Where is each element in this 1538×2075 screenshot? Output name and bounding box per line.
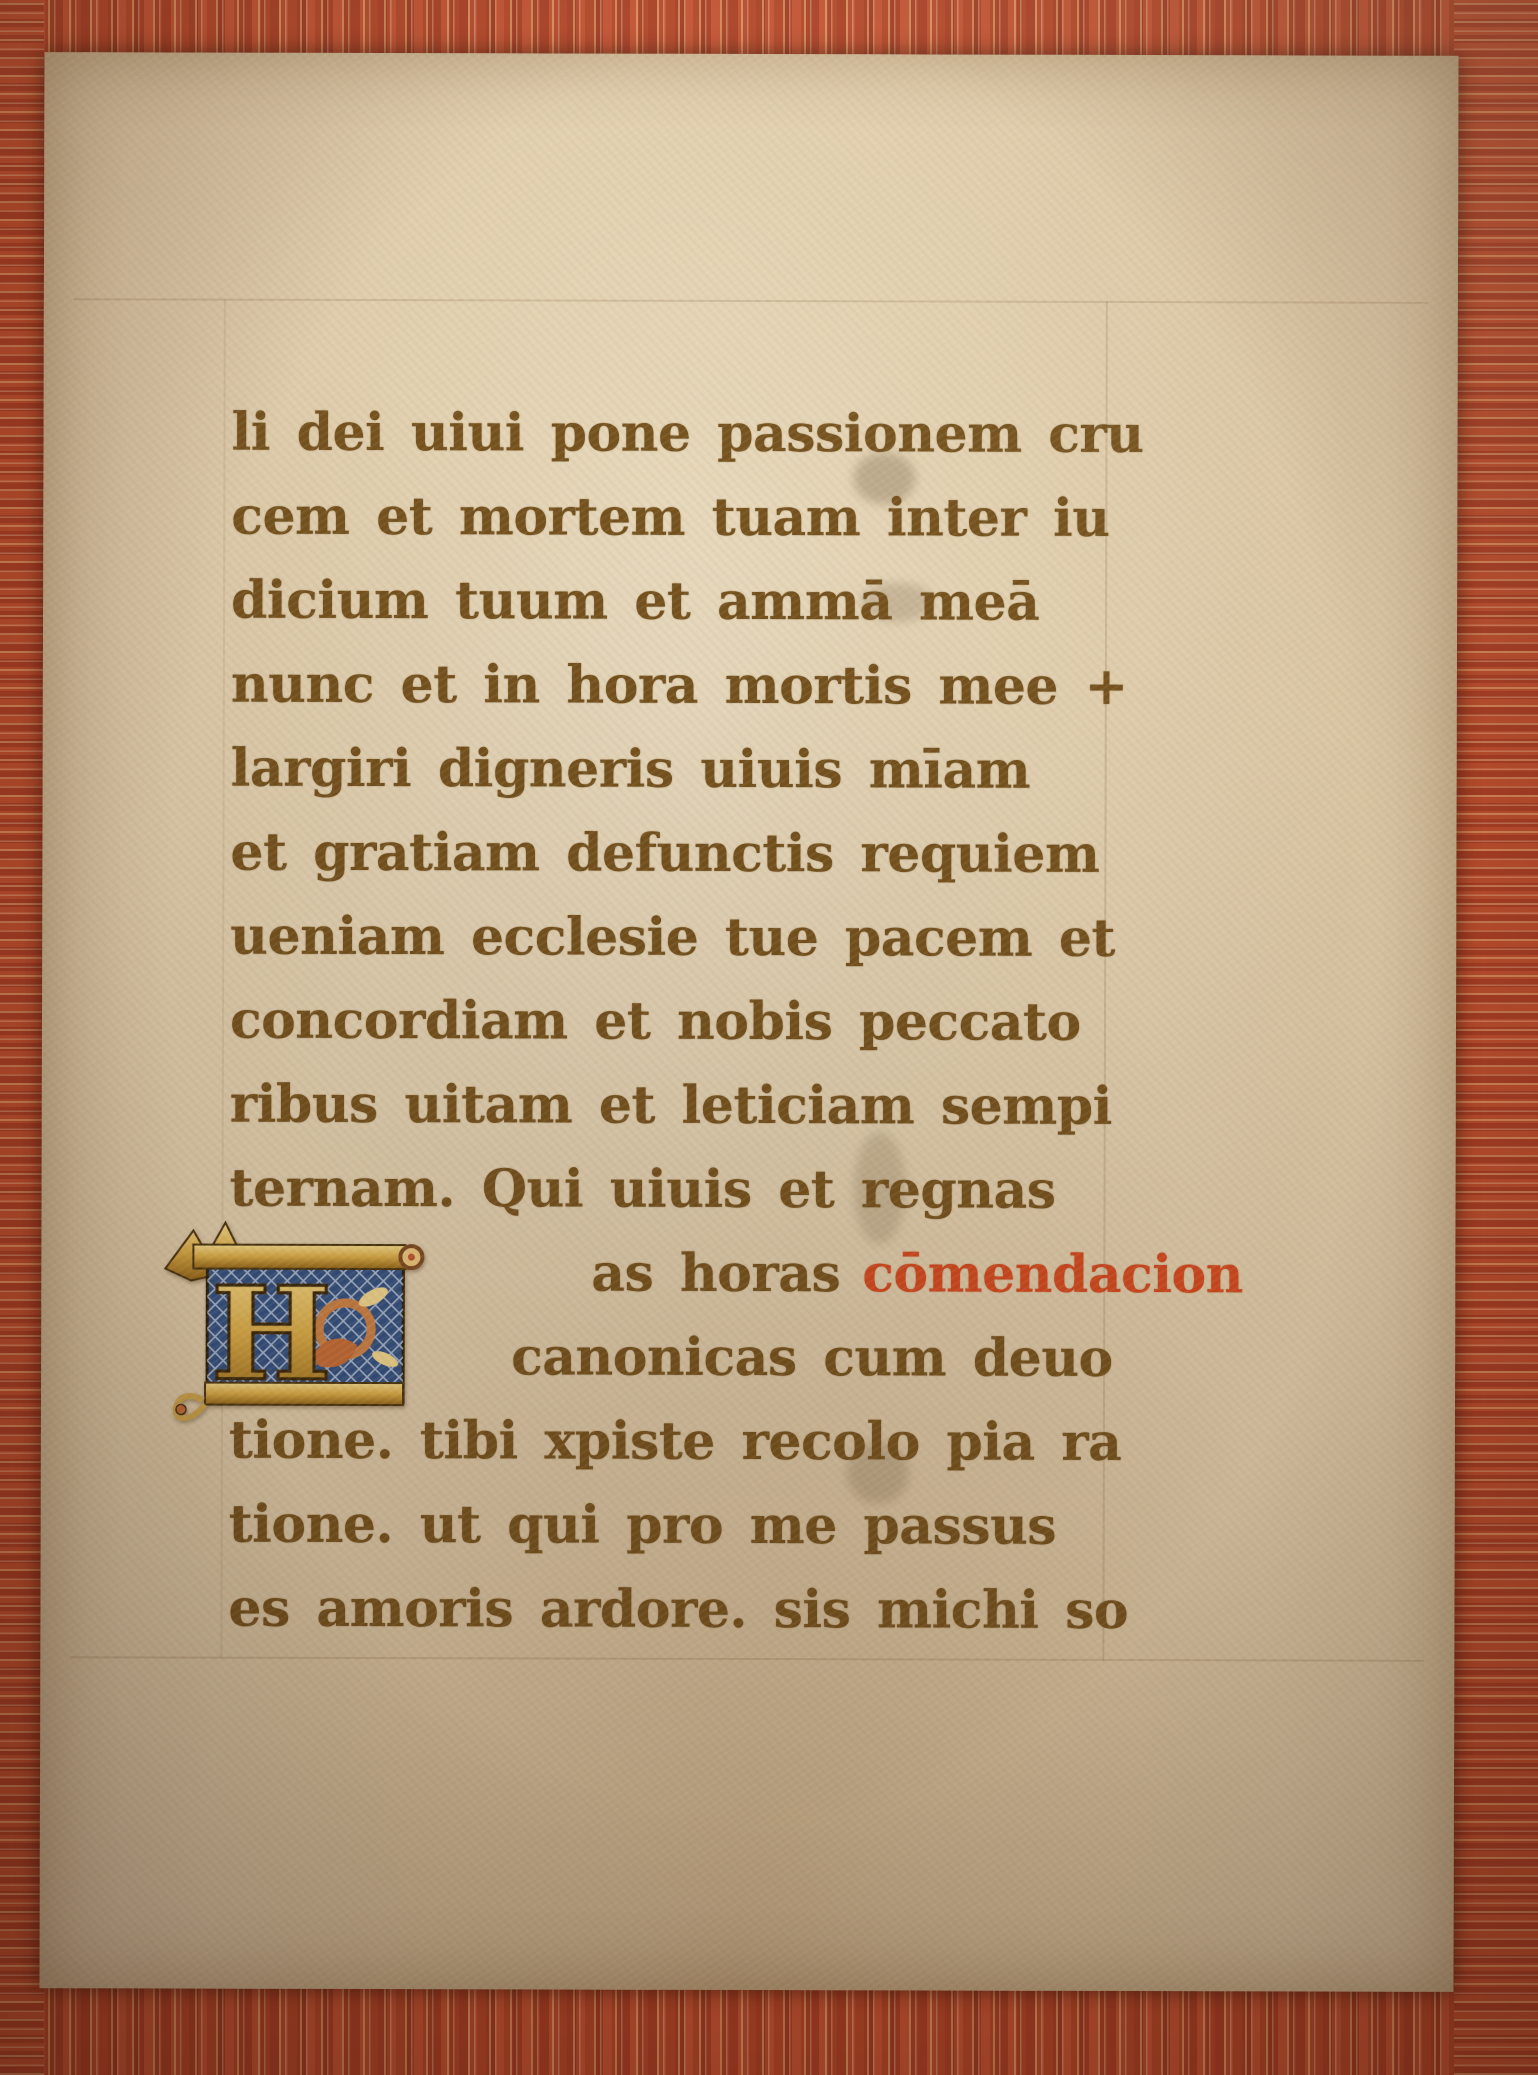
parchment-leaf: li dei uiui pone passionem cru cem et mo…: [39, 52, 1458, 1992]
text-line: li dei uiui pone passionem cru: [231, 391, 1151, 477]
tail-dot: [176, 1405, 186, 1415]
frame-left-edge: [0, 0, 44, 2075]
frame-right-edge: [1454, 0, 1538, 2075]
text-line: concordiam et nobis peccato: [230, 979, 1150, 1065]
curl-dot: [408, 1254, 415, 1261]
text-line: ribus uitam et leticiam sempi: [230, 1063, 1150, 1149]
text-line: dicium tuum et ammā meā: [231, 559, 1151, 645]
text-line: ueniam ecclesie tue pacem et: [230, 895, 1150, 981]
illuminated-initial: H: [159, 1216, 452, 1435]
framed-manuscript-photo: li dei uiui pone passionem cru cem et mo…: [0, 0, 1538, 2075]
ruling-line-bottom: [70, 1656, 1424, 1662]
rubric-text: cōmendacion: [862, 1243, 1243, 1305]
ruling-line-top: [74, 298, 1428, 304]
initial-letter-H: H: [211, 1260, 332, 1410]
text-line: nunc et in hora mortis mee +: [231, 643, 1151, 729]
text-line: et gratiam defunctis requiem: [230, 811, 1150, 897]
text-line: es amoris ardore. sis michi so: [228, 1567, 1148, 1653]
text-line: largiri digneris uiuis mīam: [231, 727, 1151, 813]
gothic-text-block: li dei uiui pone passionem cru cem et mo…: [228, 391, 1151, 1653]
text-line: cem et mortem tuam inter iu: [231, 475, 1151, 561]
text-span: as horas: [591, 1243, 840, 1305]
text-line: tione. ut qui pro me passus: [229, 1483, 1149, 1569]
ruling-line-left: [220, 299, 226, 1659]
